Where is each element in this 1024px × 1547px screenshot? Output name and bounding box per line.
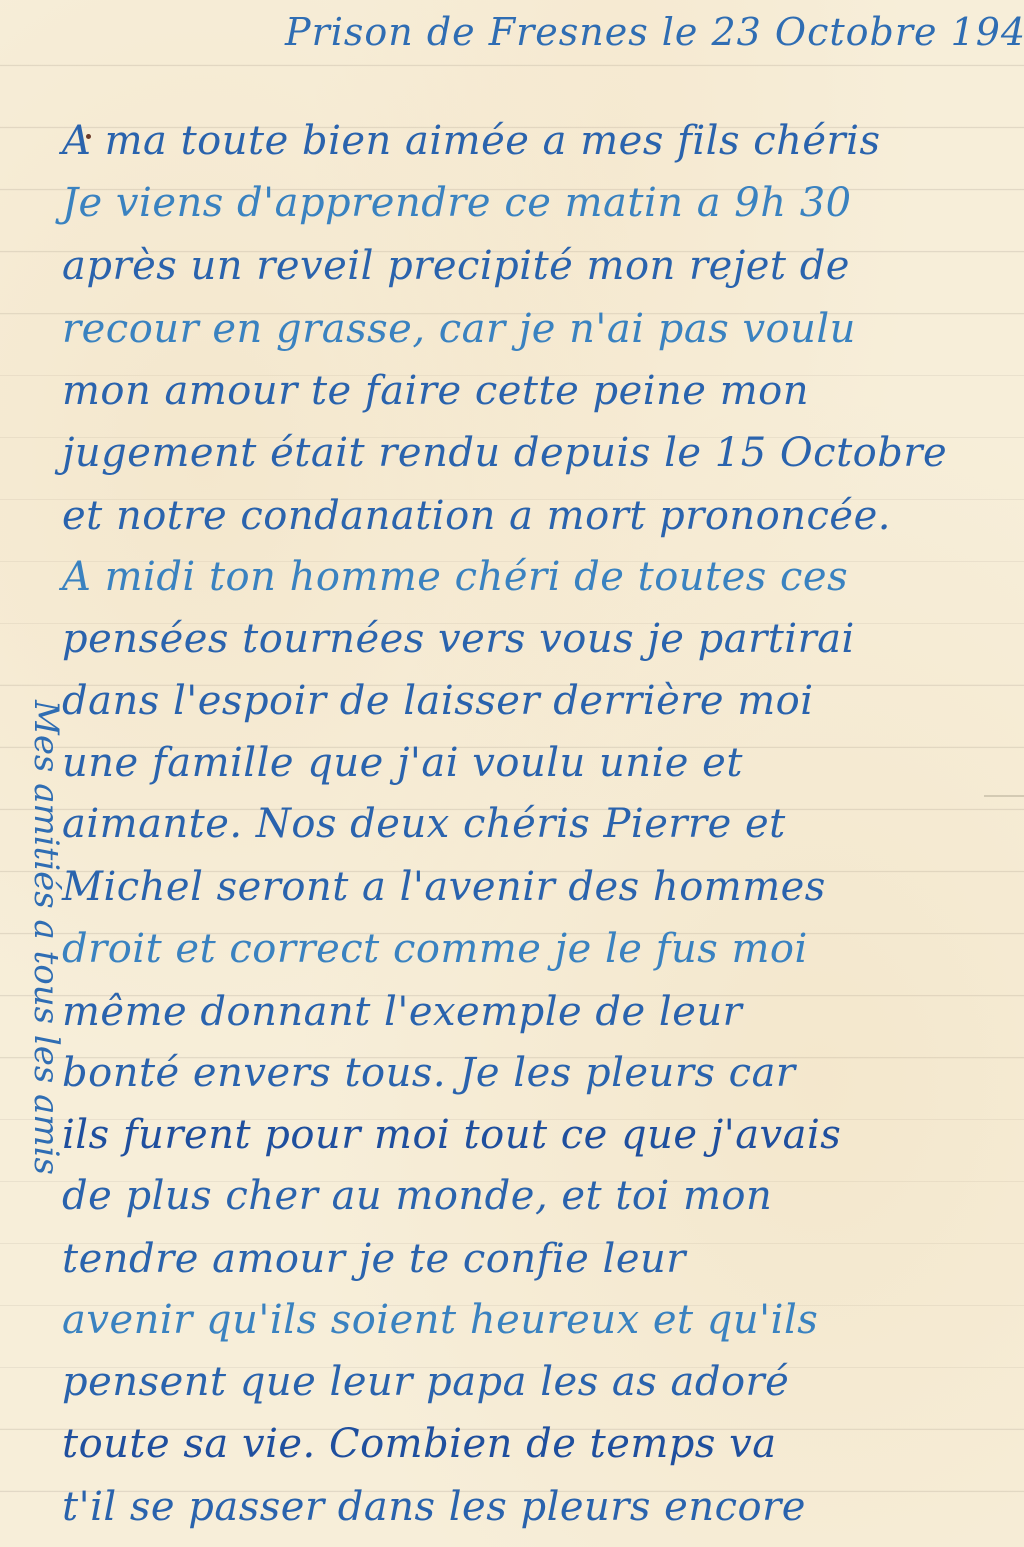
letter-line: pensées tournées vers vous je partirai [62, 616, 855, 662]
letter-header-place-date: Prison de Fresnes le 23 Octobre 1943 [285, 10, 1024, 54]
letter-line: jugement était rendu depuis le 15 Octobr… [62, 430, 947, 476]
letter-line: toute sa vie. Combien de temps va [62, 1421, 777, 1467]
letter-page: Prison de Fresnes le 23 Octobre 1943 A m… [0, 0, 1024, 1547]
letter-line: même donnant l'exemple de leur [62, 989, 742, 1035]
letter-line: bonté envers tous. Je les pleurs car [62, 1050, 796, 1096]
letter-line: A midi ton homme chéri de toutes ces [62, 554, 848, 600]
letter-line: A ma toute bien aimée a mes fils chéris [62, 118, 880, 164]
letter-line: t'il se passer dans les pleurs encore [62, 1484, 806, 1530]
letter-line: dans l'espoir de laisser derrière moi [62, 678, 814, 724]
letter-line: Je viens d'apprendre ce matin a 9h 30 [62, 180, 852, 226]
letter-line: tendre amour je te confie leur [62, 1236, 686, 1282]
letter-line: et notre condanation a mort prononcée. [62, 493, 891, 539]
letter-line: pensent que leur papa les as adoré [62, 1359, 789, 1405]
letter-line: aimante. Nos deux chéris Pierre et [62, 801, 786, 847]
letter-line: mon amour te faire cette peine mon [62, 368, 809, 414]
letter-line: recour en grasse, car je n'ai pas voulu [62, 306, 856, 352]
paper-fold-mark [984, 795, 1024, 797]
letter-line: droit et correct comme je le fus moi [62, 926, 808, 972]
margin-note-vertical: Mes amitiés a tous les amis [26, 700, 66, 1175]
letter-line: une famille que j'ai voulu unie et [62, 740, 743, 786]
letter-line: de plus cher au monde, et toi mon [62, 1173, 772, 1219]
letter-line: Michel seront a l'avenir des hommes [62, 864, 826, 910]
letter-line: ils furent pour moi tout ce que j'avais [62, 1112, 841, 1158]
letter-line: après un reveil precipité mon rejet de [62, 243, 850, 289]
letter-line: avenir qu'ils soient heureux et qu'ils [62, 1297, 818, 1343]
